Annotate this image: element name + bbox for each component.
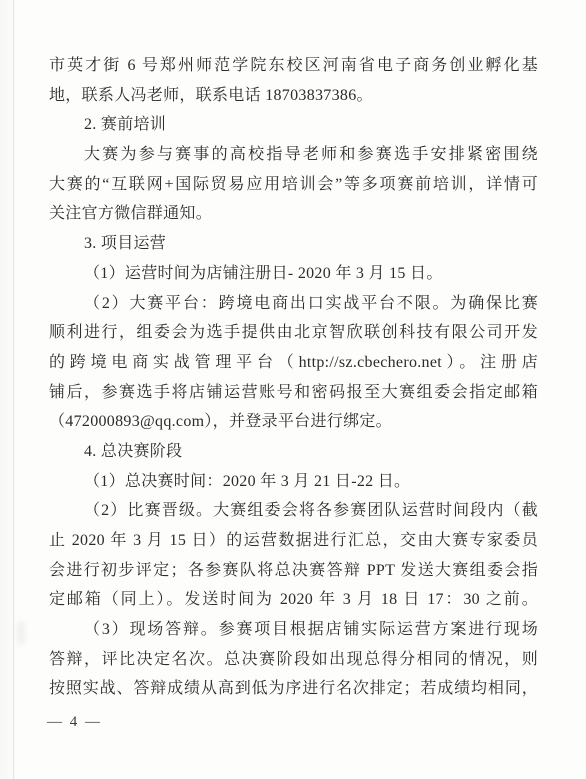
document-line: （1）总决赛时间：2020 年 3 月 21 日-22 日。 <box>49 467 538 497</box>
section-heading: 4. 总决赛阶段 <box>49 437 538 467</box>
document-line: （1）运营时间为店铺注册日- 2020 年 3 月 15 日。 <box>49 259 538 289</box>
document-line: 会进行初步评定；各参赛队将总决赛答辩 PPT 发送大赛组委会指 <box>49 556 538 586</box>
document-line: 定邮箱（同上）。发送时间为 2020 年 3 月 18 日 17：30 之前。 <box>49 585 538 615</box>
document-line: （2）比赛晋级。大赛组委会将各参赛团队运营时间段内（截 <box>49 496 538 526</box>
document-line: 市英才街 6 号郑州师范学院东校区河南省电子商务创业孵化基 <box>49 51 538 81</box>
section-heading: 3. 项目运营 <box>49 229 538 259</box>
document-line: 按照实战、答辩成绩从高到低为序进行名次排定；若成绩均相同， <box>49 674 538 704</box>
document-line: 大赛的“互联网+国际贸易应用培训会”等多项赛前培训，详情可 <box>49 170 538 200</box>
document-line: 止 2020 年 3 月 15 日）的运营数据进行汇总，交由大赛专家委员 <box>49 526 538 556</box>
document-line: 关注官方微信群通知。 <box>49 199 538 229</box>
document-line: 的跨境电商实战管理平台（http://sz.cbechero.net）。注册店 <box>49 348 538 378</box>
document-line: 地，联系人冯老师，联系电话 18703837386。 <box>49 81 538 111</box>
document-line: 答辩，评比决定名次。总决赛阶段如出现总得分相同的情况，则 <box>49 645 538 675</box>
document-line: 大赛为参与赛事的高校指导老师和参赛选手安排紧密围绕 <box>49 140 538 170</box>
section-heading: 2. 赛前培训 <box>49 110 538 140</box>
document-body: 市英才街 6 号郑州师范学院东校区河南省电子商务创业孵化基 地，联系人冯老师，联… <box>49 51 538 704</box>
document-line: （3）现场答辩。参赛项目根据店铺实际运营方案进行现场 <box>49 615 538 645</box>
document-line: （2）大赛平台：跨境电商出口实战平台不限。为确保比赛 <box>49 289 538 319</box>
document-page: 市英才街 6 号郑州师范学院东校区河南省电子商务创业孵化基 地，联系人冯老师，联… <box>0 0 586 779</box>
document-line: （472000893@qq.com），并登录平台进行绑定。 <box>49 407 538 437</box>
document-line: 铺后，参赛选手将店铺运营账号和密码报至大赛组委会指定邮箱 <box>49 378 538 408</box>
document-line: 顺利进行，组委会为选手提供由北京智欣联创科技有限公司开发 <box>49 318 538 348</box>
scan-smudge-artifact <box>16 620 26 646</box>
scan-edge-artifact <box>13 0 14 779</box>
page-number: — 4 — <box>47 708 102 736</box>
